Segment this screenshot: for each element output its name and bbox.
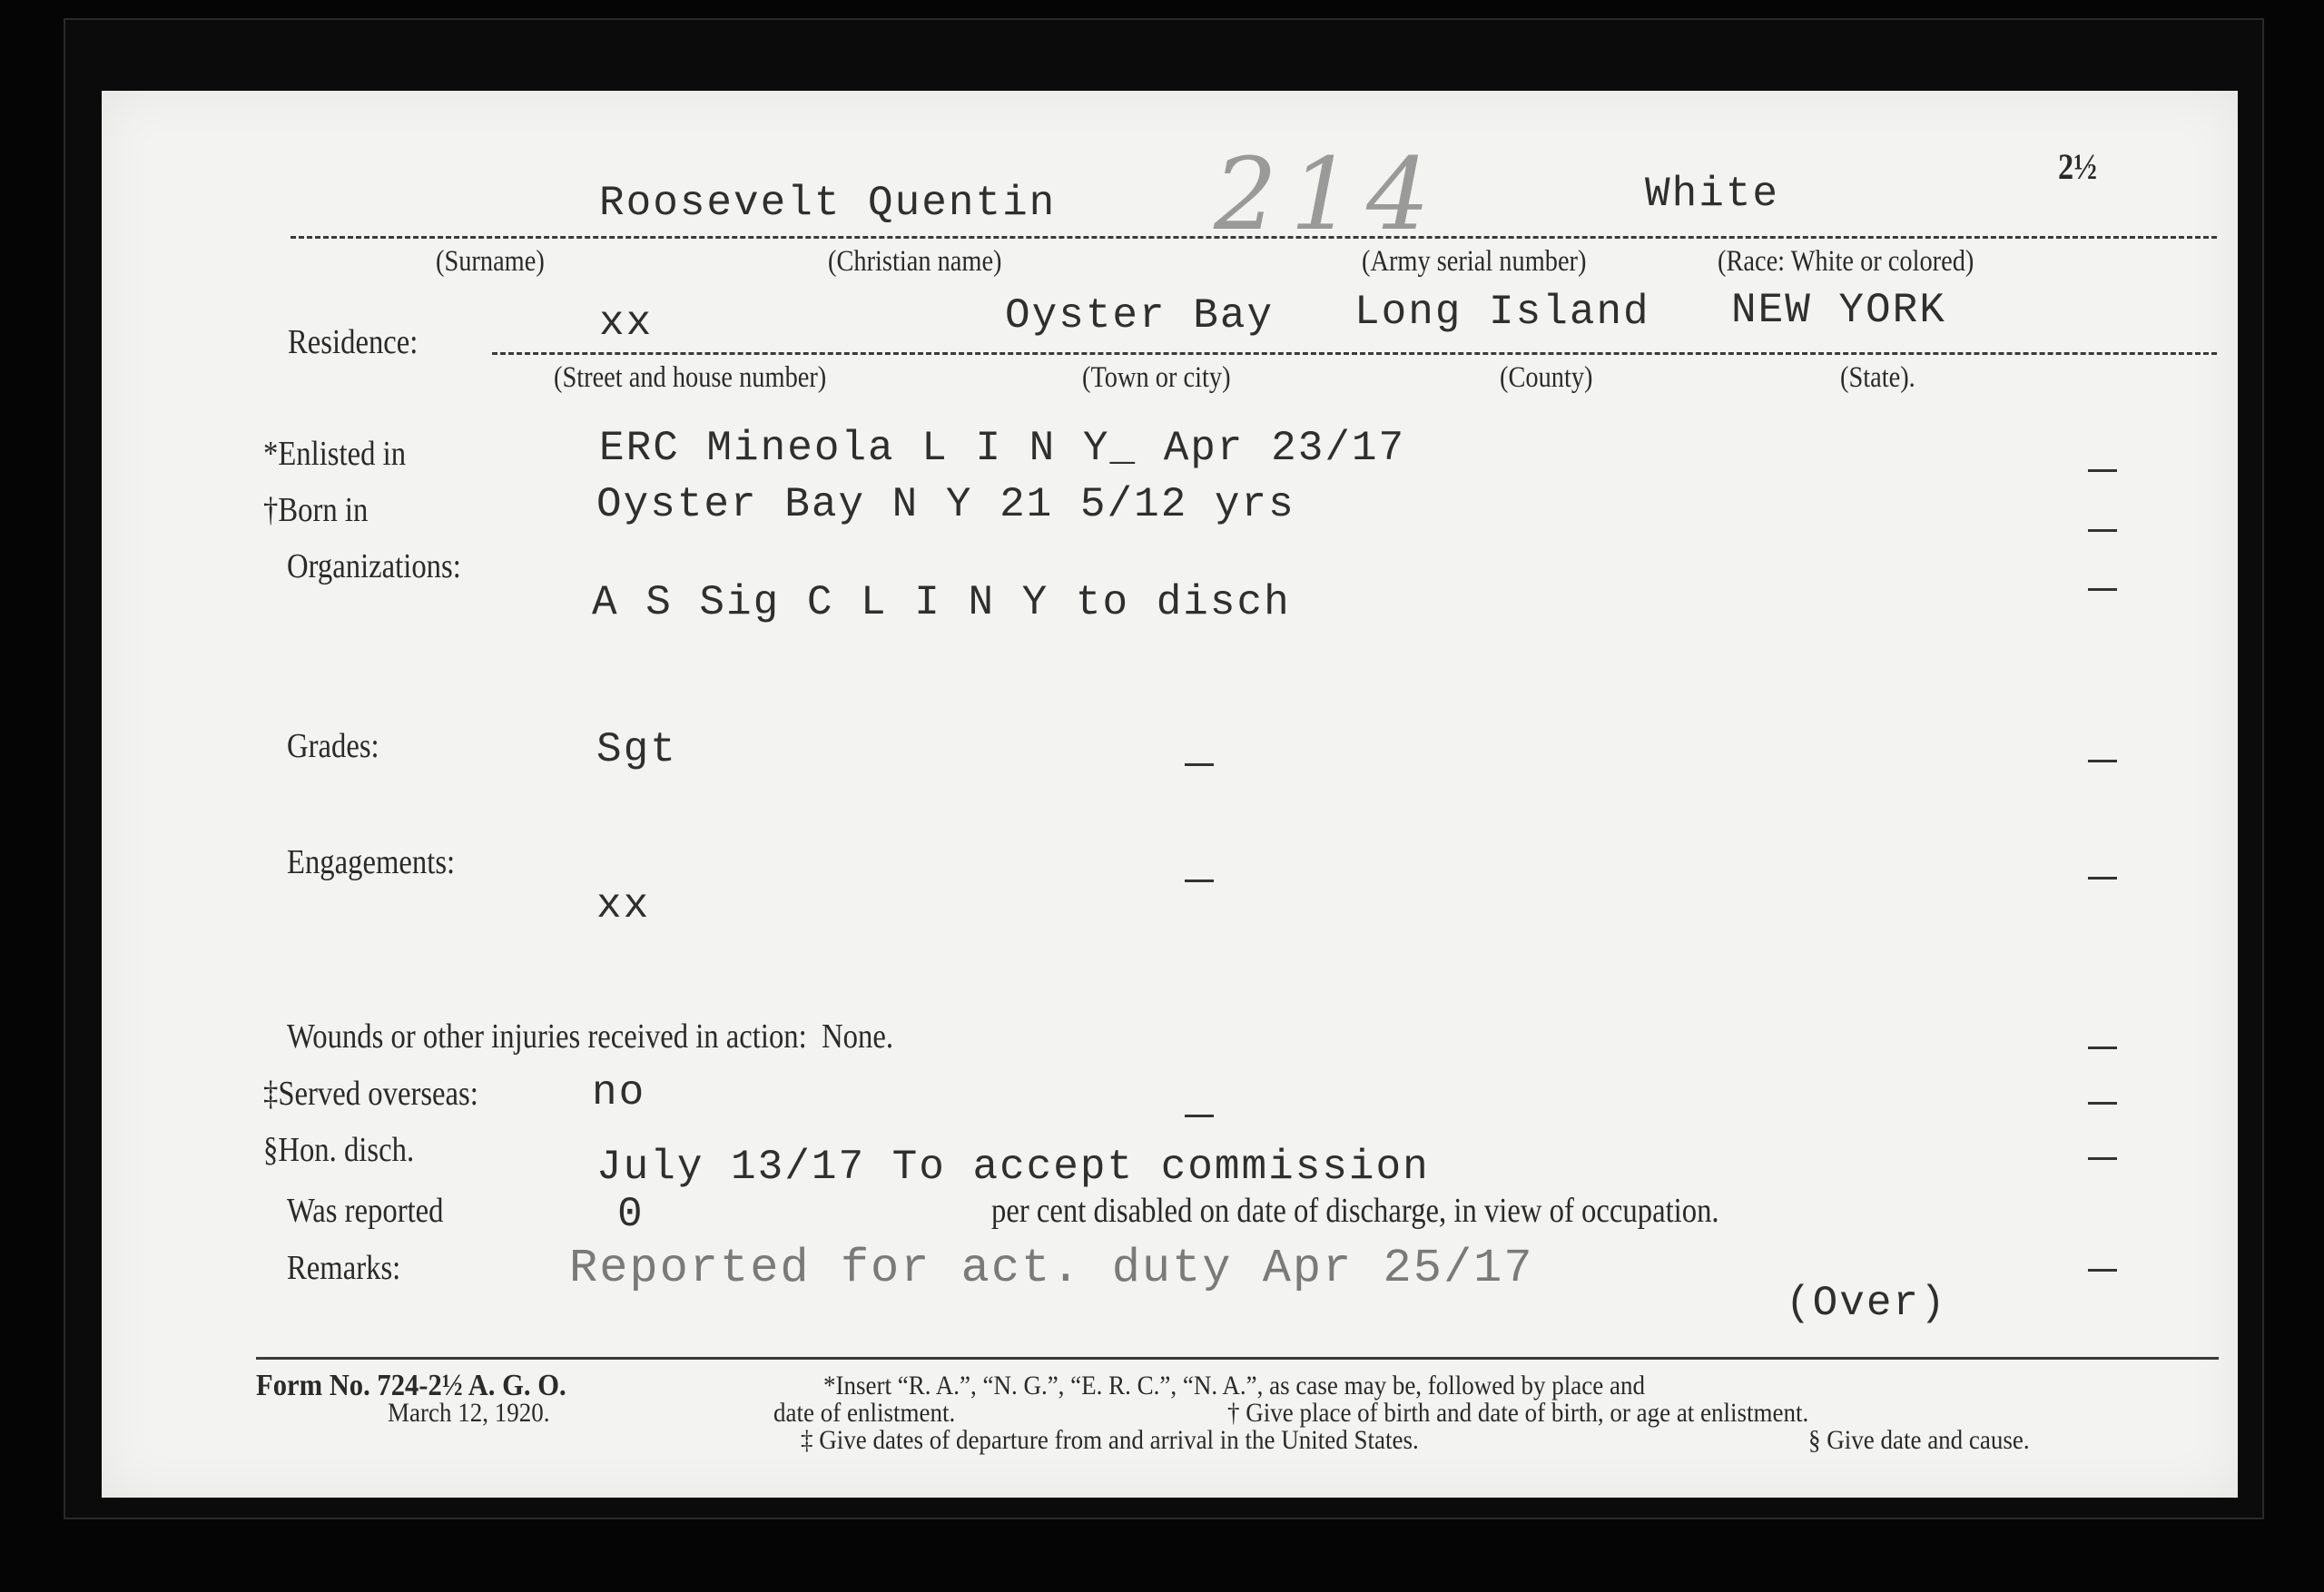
- engagements-value: xx: [596, 882, 650, 929]
- caption-street: (Street and house number): [554, 361, 826, 395]
- section-mark: §: [263, 1131, 278, 1169]
- margin-tick: [2088, 1102, 2117, 1105]
- grades-value: Sgt: [596, 726, 677, 773]
- hon-disch-value: July 13/17 To accept commission: [596, 1144, 1430, 1191]
- page-marker: 2½: [2058, 145, 2097, 188]
- remarks-label: Remarks:: [287, 1248, 400, 1288]
- enlisted-value: ERC Mineola L I N Y_ Apr 23/17: [599, 425, 1405, 472]
- overseas-label: ‡Served overseas:: [263, 1074, 478, 1114]
- footnote-discharge: § Give date and cause.: [1808, 1425, 2030, 1456]
- caption-race: (Race: White or colored): [1718, 245, 1974, 279]
- engagements-label: Engagements:: [287, 842, 455, 882]
- double-dagger-mark: ‡: [263, 1075, 278, 1113]
- born-label-text: Born in: [278, 491, 368, 529]
- residence-town: Oyster Bay: [1005, 292, 1274, 339]
- was-reported-suffix: per cent disabled on date of discharge, …: [991, 1191, 1719, 1231]
- asterisk-mark: *: [263, 435, 278, 473]
- name-value: Roosevelt Quentin: [599, 180, 1056, 227]
- margin-tick: [2088, 469, 2117, 472]
- footnote-birth: † Give place of birth and date of birth,…: [1227, 1398, 1808, 1429]
- was-reported-label: Was reported: [287, 1191, 443, 1231]
- margin-tick: [2088, 588, 2117, 591]
- remarks-value: Reported for act. duty Apr 25/17: [569, 1242, 1534, 1295]
- hon-disch-label: §Hon. disch.: [263, 1130, 414, 1170]
- footer-rule: [256, 1357, 2219, 1360]
- margin-tick: [2088, 529, 2117, 532]
- born-label: †Born in: [263, 490, 368, 530]
- residence-street: xx: [599, 300, 653, 347]
- footnote-date-of-enlistment: date of enlistment.: [773, 1398, 955, 1429]
- service-record-card: 2½ Roosevelt Quentin 214 White (Surname)…: [102, 91, 2238, 1498]
- caption-county: (County): [1500, 361, 1592, 395]
- footnote-overseas: ‡ Give dates of departure from and arriv…: [801, 1425, 1419, 1456]
- residence-line-rule: [492, 352, 2217, 355]
- dagger-mark: †: [263, 491, 278, 529]
- mid-tick: [1185, 1115, 1214, 1117]
- residence-state: NEW YORK: [1731, 287, 1946, 334]
- enlisted-label-text: Enlisted in: [278, 435, 406, 473]
- margin-tick: [2088, 1269, 2117, 1272]
- overseas-value: no: [592, 1069, 645, 1116]
- born-value: Oyster Bay N Y 21 5/12 yrs: [596, 481, 1295, 528]
- race-value: White: [1645, 171, 1779, 218]
- wounds-label-text: Wounds or other injuries received in act…: [287, 1017, 807, 1056]
- margin-tick: [2088, 1157, 2117, 1160]
- over-note: (Over): [1786, 1280, 1947, 1327]
- margin-tick: [2088, 1047, 2117, 1049]
- hon-disch-label-text: Hon. disch.: [278, 1131, 414, 1169]
- enlisted-label: *Enlisted in: [263, 434, 406, 474]
- caption-town: (Town or city): [1082, 361, 1231, 395]
- caption-surname: (Surname): [436, 245, 545, 279]
- name-line-rule: [290, 236, 2217, 239]
- mid-tick: [1185, 763, 1214, 766]
- margin-tick: [2088, 877, 2117, 880]
- caption-army-serial: (Army serial number): [1362, 245, 1586, 279]
- caption-state: (State).: [1840, 361, 1915, 395]
- was-reported-value: 0: [617, 1191, 645, 1238]
- grades-label: Grades:: [287, 726, 379, 766]
- form-date: March 12, 1920.: [388, 1398, 549, 1429]
- caption-christian-name: (Christian name): [828, 245, 1002, 279]
- overseas-label-text: Served overseas:: [278, 1075, 478, 1113]
- organizations-label: Organizations:: [287, 546, 461, 586]
- wounds-label: Wounds or other injuries received in act…: [287, 1017, 893, 1056]
- residence-label: Residence:: [288, 322, 418, 362]
- pencil-serial-number: 214: [1214, 136, 1443, 252]
- residence-county: Long Island: [1354, 289, 1650, 336]
- margin-tick: [2088, 760, 2117, 762]
- footnote-insert: *Insert “R. A.”, “N. G.”, “E. R. C.”, “N…: [823, 1371, 1645, 1401]
- mid-tick: [1185, 880, 1214, 882]
- wounds-value: None.: [822, 1017, 893, 1056]
- organizations-value: A S Sig C L I N Y to disch: [592, 579, 1291, 626]
